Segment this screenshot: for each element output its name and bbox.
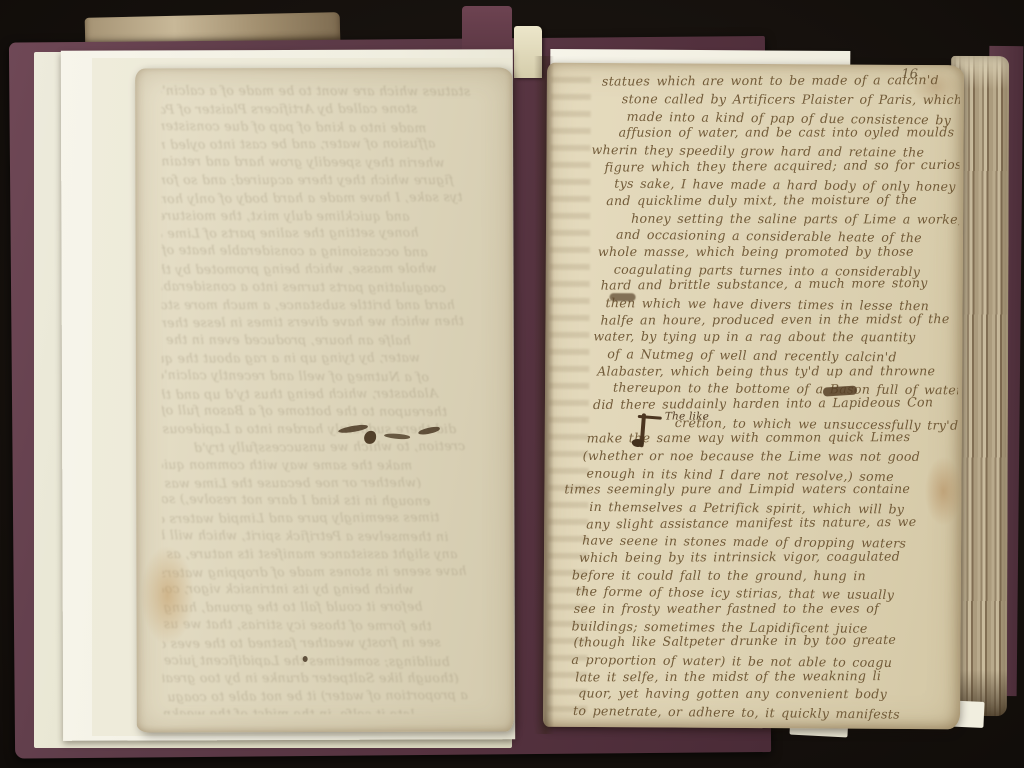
showthrough-line: enough in its kind I dare not resolve,) … <box>162 490 430 510</box>
manuscript-line: halfe an houre, produced even in the mid… <box>600 310 958 329</box>
manuscript-line: figure which they there acquired; and so… <box>604 156 959 176</box>
showthrough-line: of a Nutmeg of well and recently calcin'… <box>162 366 429 386</box>
showthrough-line: statues which are wont to be made of a c… <box>161 82 470 101</box>
showthrough-line: make the same way with common quick Lime… <box>162 455 412 474</box>
manuscript-photograph: statues which are wont to be made of a c… <box>0 0 1024 768</box>
manuscript-line: affusion of water, and be cast into oyle… <box>619 123 960 140</box>
showthrough-line: have seene in stones made of dropping wa… <box>162 562 466 582</box>
manuscript-line: which being by its intrinsick vigor, coa… <box>579 547 957 566</box>
showthrough-line: then which we have divers times in lesse… <box>162 312 464 332</box>
gutter-shadow <box>534 56 554 734</box>
showthrough-line: halfe an houre, produced even in the mid… <box>162 331 411 350</box>
showthrough-line: whole masse, which being promoted by tho… <box>162 259 437 278</box>
showthrough-line: and occasioning a considerable heate of … <box>162 241 428 261</box>
manuscript-line: any slight assistance manifest its natur… <box>586 513 957 533</box>
manuscript-line: did there suddainly harden into a Lapide… <box>593 393 958 413</box>
manuscript-line: hard and brittle substance, a much more … <box>601 274 959 294</box>
ink-speck <box>303 656 308 662</box>
showthrough-line: see in frosty weather fastned to the eve… <box>163 633 441 652</box>
insertion-text: The like <box>665 410 709 422</box>
showthrough-text: statues which are wont to be made of a c… <box>161 82 486 715</box>
showthrough-line: times seemingly pure and Limpid waters c… <box>162 508 439 527</box>
showthrough-line: wherin they speedily grow hard and retai… <box>161 152 444 171</box>
showthrough-line: (whether or noe because the Lime was not… <box>162 473 421 492</box>
showthrough-line: water, by tying up in a rag about the qu… <box>162 349 420 368</box>
showthrough-line: any slight assistance manifest its natur… <box>162 545 457 563</box>
manuscript-line: times seemingly pure and Limpid waters c… <box>564 480 957 497</box>
showthrough-line: figure which they there acquired; and so… <box>161 171 453 189</box>
showthrough-line: late it selfe, in the midst of the weakn… <box>163 705 415 715</box>
showthrough-line: in themselves a Petrifick spirit, which … <box>162 526 448 545</box>
showthrough-line: hard and brittle substance, a much more … <box>162 296 455 314</box>
showthrough-line: affusion of water, and be cast into oyle… <box>161 135 435 154</box>
manuscript-line: quor, yet having gotten any convenient b… <box>578 684 956 702</box>
manuscript-line: (whether or noe because the Lime was not… <box>583 447 958 465</box>
manuscript-line: before it could fall to the ground, hung… <box>572 566 957 584</box>
showthrough-line: stone called by Artificers Plaister of P… <box>161 99 417 118</box>
manuscript-line: late it selfe, in the midst of the weakn… <box>575 667 956 686</box>
manuscript-line: water, by tying up in a rag about the qu… <box>593 328 958 346</box>
showthrough-line: Alabaster, which being thus ty'd up and … <box>162 384 438 403</box>
manuscript-text: statues which are wont to be made of a c… <box>543 73 960 726</box>
showthrough-line: coagulating parts turnes into a consider… <box>162 277 446 296</box>
manuscript-line: honey setting the saline parts of Lime a… <box>631 210 959 228</box>
manuscript-line: see in frosty weather fastned to the eve… <box>574 600 957 617</box>
showthrough-line: and quicklime duly mixt, the moisture of… <box>161 206 409 225</box>
manuscript-line: stone called by Artificers Plaister of P… <box>622 90 960 108</box>
showthrough-line: tys sake, I have made a hard body of onl… <box>161 188 462 208</box>
ink-smudge <box>338 418 458 448</box>
showthrough-line: a proportion of water) it be not able to… <box>163 686 468 706</box>
showthrough-line: (though like Saltpeter drunke in by too … <box>163 669 459 687</box>
showthrough-line: made into a kind of pap of due consisten… <box>161 117 426 137</box>
showthrough-line: honey setting the saline parts of Lime a… <box>162 224 419 243</box>
showthrough-line: the forme of those icy stirias, that we … <box>163 615 432 635</box>
ink-blot <box>610 293 636 301</box>
manuscript-line: Alabaster, which being thus ty'd up and … <box>597 362 958 379</box>
manuscript-line: and quicklime duly mixt, the moisture of… <box>606 191 959 210</box>
manuscript-left-page: statues which are wont to be made of a c… <box>135 68 514 733</box>
manuscript-line: statues which are wont to be made of a c… <box>602 73 960 90</box>
manuscript-line: to penetrate, or adhere to, it quickly m… <box>573 702 956 723</box>
manuscript-line: (though like Saltpeter drunke in by too … <box>573 630 956 650</box>
manuscript-right-page: 16 statues which are wont to be made of … <box>543 63 964 730</box>
manuscript-line: whole masse, which being promoted by tho… <box>598 243 959 260</box>
